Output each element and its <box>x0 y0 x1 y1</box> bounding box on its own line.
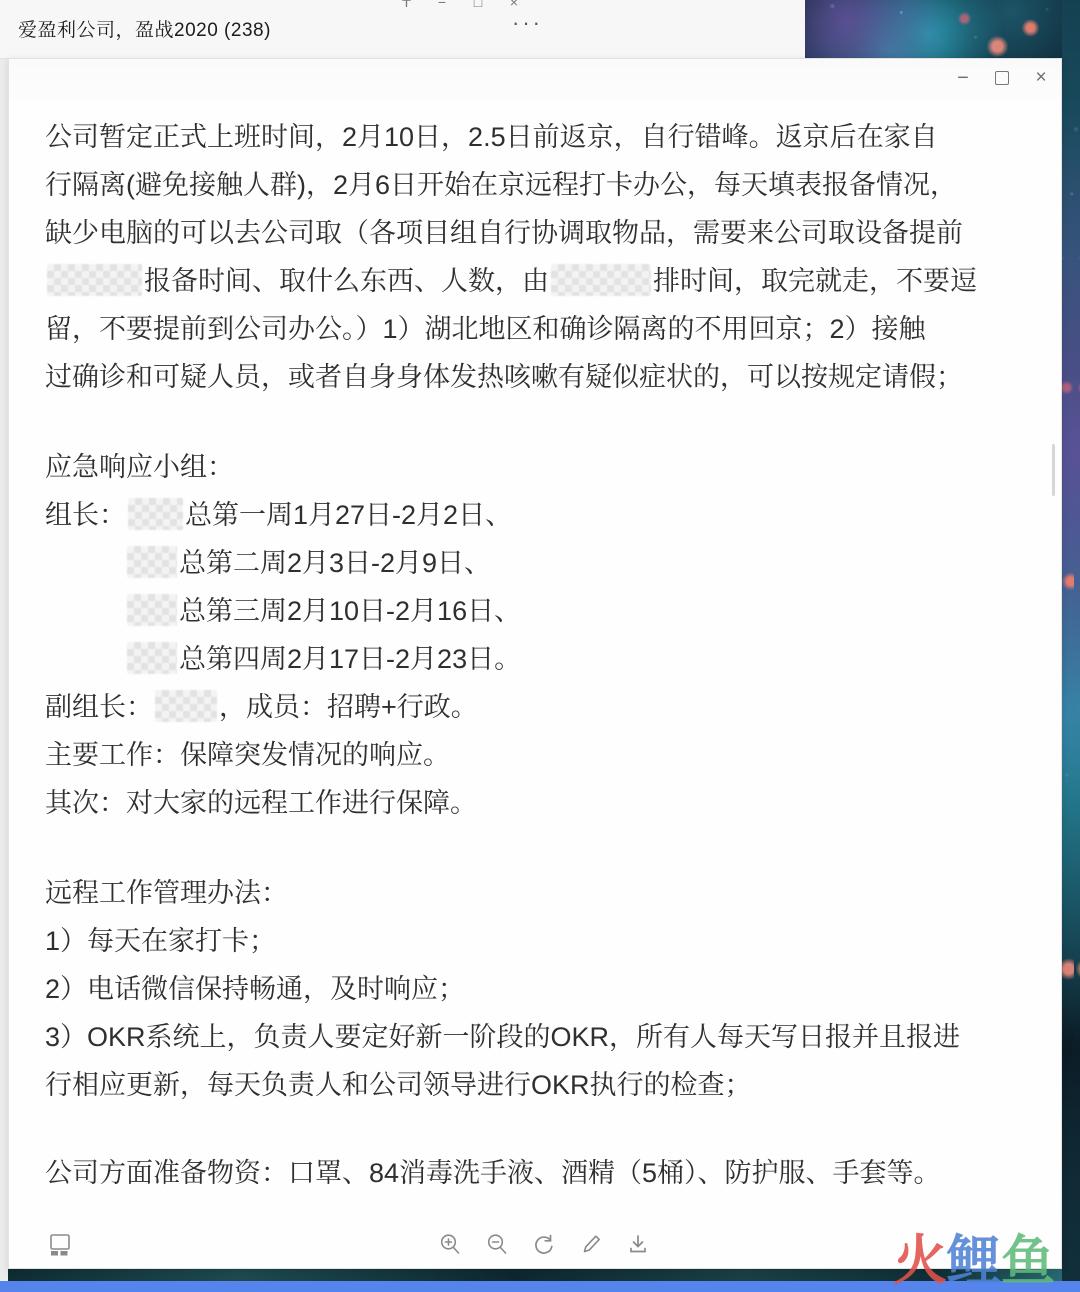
watermark-char: 火 <box>893 1232 947 1290</box>
document-line: 公司方面准备物资：口罩、84消毒洗手液、酒精（5桶）、防护服、手套等。 <box>45 1149 1021 1197</box>
document-text: 报备时间、取什么东西、人数，由 <box>144 266 549 296</box>
more-menu-button[interactable]: ··· <box>512 12 543 34</box>
image-preview-window: − × 公司暂定正式上班时间，2月10日，2.5日前返京，自行错峰。返京后在家自… <box>8 58 1062 1269</box>
document-line: 总第三周2月10日-2月16日、 <box>45 587 1021 635</box>
watermark: 火鲤鱼 <box>893 1232 1055 1290</box>
chat-title: 爱盈利公司，盈战2020 (238) <box>18 15 271 42</box>
document-text: 总第三周2月10日-2月16日、 <box>179 596 521 626</box>
desktop-wallpaper-top <box>805 0 1080 62</box>
document-line: 其次：对大家的远程工作进行保障。 <box>45 779 1021 827</box>
watermark-char: 鲤 <box>947 1232 1001 1290</box>
document-line: 3）OKR系统上，负责人要定好新一阶段的OKR，所有人每天写日报并且报进 <box>45 1013 1021 1061</box>
document-line: 2）电话微信保持畅通，及时响应； <box>45 965 1021 1013</box>
document-text: ，成员：招聘+行政。 <box>219 692 478 722</box>
document-line: 报备时间、取什么东西、人数，由排时间，取完就走，不要逗 <box>45 257 1021 305</box>
censor-block <box>127 642 177 674</box>
censor-block <box>551 264 651 296</box>
document-line: 总第二周2月3日-2月9日、 <box>45 539 1021 587</box>
document-line: 应急响应小组： <box>45 443 1021 491</box>
document-line: 公司暂定正式上班时间，2月10日，2.5日前返京，自行错峰。返京后在家自 <box>45 113 1021 161</box>
document-text: 缺少电脑的可以去公司取（各项目组自行协调取物品，需要来公司取设备提前 <box>45 218 963 248</box>
toolbar-icon-group <box>437 1230 651 1258</box>
document-content: 公司暂定正式上班时间，2月10日，2.5日前返京，自行错峰。返京后在家自行隔离(… <box>45 113 1021 1197</box>
document-text: 留，不要提前到公司办公。）1）湖北地区和确诊隔离的不用回京；2）接触 <box>45 314 926 344</box>
document-line: 缺少电脑的可以去公司取（各项目组自行协调取物品，需要来公司取设备提前 <box>45 209 1021 257</box>
document-text: 行相应更新，每天负责人和公司领导进行OKR执行的检查； <box>45 1070 752 1100</box>
document-line: 组长：总第一周1月27日-2月2日、 <box>45 491 1021 539</box>
document-line: 留，不要提前到公司办公。）1）湖北地区和确诊隔离的不用回京；2）接触 <box>45 305 1021 353</box>
document-text: 3）OKR系统上，负责人要定好新一阶段的OKR，所有人每天写日报并且报进 <box>45 1022 960 1052</box>
document-line: 总第四周2月17日-2月23日。 <box>45 635 1021 683</box>
censor-block <box>127 546 177 578</box>
window-left-edge <box>0 58 8 1281</box>
document-text: 总第一周1月27日-2月2日、 <box>185 500 512 530</box>
document-line: 1）每天在家打卡； <box>45 917 1021 965</box>
zoom-out-icon[interactable] <box>484 1230 510 1258</box>
gallery-icon[interactable] <box>47 1232 73 1258</box>
desktop-wallpaper-right <box>1062 0 1080 1292</box>
document-line: 行相应更新，每天负责人和公司领导进行OKR执行的检查； <box>45 1061 1021 1109</box>
maximize-icon[interactable] <box>990 67 1014 89</box>
document-text: 组长： <box>45 500 126 530</box>
minimize-icon[interactable]: − <box>951 67 975 89</box>
document-text: 公司暂定正式上班时间，2月10日，2.5日前返京，自行错峰。返京后在家自 <box>45 122 938 152</box>
pin-icon[interactable] <box>398 0 414 13</box>
download-icon[interactable] <box>625 1230 651 1258</box>
preview-window-controls: − × <box>951 67 1053 89</box>
close-icon[interactable]: × <box>1029 67 1053 89</box>
document-text: 总第四周2月17日-2月23日。 <box>179 644 521 674</box>
maximize-icon[interactable]: □ <box>470 0 486 11</box>
document-text: 副组长： <box>45 692 153 722</box>
chat-window-controls: − □ × <box>398 0 522 13</box>
censor-block <box>127 594 177 626</box>
scrollbar-thumb[interactable] <box>1052 444 1055 496</box>
document-text: 公司方面准备物资：口罩、84消毒洗手液、酒精（5桶）、防护服、手套等。 <box>45 1158 941 1188</box>
document-text: 行隔离(避免接触人群)，2月6日开始在京远程打卡办公，每天填表报备情况， <box>45 170 957 200</box>
zoom-in-icon[interactable] <box>437 1230 463 1258</box>
preview-window-titlebar <box>9 59 1061 101</box>
document-line: 过确诊和可疑人员，或者自身身体发热咳嗽有疑似症状的，可以按规定请假； <box>45 353 1021 401</box>
close-icon[interactable]: × <box>506 0 522 11</box>
screen: 爱盈利公司，盈战2020 (238) ··· − □ × − × 公司暂定正式上… <box>0 0 1080 1292</box>
document-line: 主要工作：保障突发情况的响应。 <box>45 731 1021 779</box>
document-text: 1）每天在家打卡； <box>45 926 276 956</box>
document-line: 远程工作管理办法： <box>45 869 1021 917</box>
document-line: 副组长：，成员：招聘+行政。 <box>45 683 1021 731</box>
document-text: 远程工作管理办法： <box>45 878 288 908</box>
document-text: 应急响应小组： <box>45 452 234 482</box>
document-text: 主要工作：保障突发情况的响应。 <box>45 740 450 770</box>
rotate-icon[interactable] <box>531 1230 557 1258</box>
minimize-icon[interactable]: − <box>434 0 450 11</box>
document-text: 其次：对大家的远程工作进行保障。 <box>45 788 477 818</box>
document-text: 排时间，取完就走，不要逗 <box>653 266 977 296</box>
censor-block <box>128 498 183 530</box>
censor-block <box>155 690 217 722</box>
document-text: 总第二周2月3日-2月9日、 <box>179 548 491 578</box>
document-line: 行隔离(避免接触人群)，2月6日开始在京远程打卡办公，每天填表报备情况， <box>45 161 1021 209</box>
document-text: 过确诊和可疑人员，或者自身身体发热咳嗽有疑似症状的，可以按规定请假； <box>45 362 963 392</box>
document-text: 2）电话微信保持畅通，及时响应； <box>45 974 465 1004</box>
censor-block <box>47 264 142 296</box>
edit-icon[interactable] <box>578 1230 604 1258</box>
watermark-char: 鱼 <box>1001 1232 1055 1290</box>
chat-header: 爱盈利公司，盈战2020 (238) ··· − □ × <box>0 0 805 59</box>
